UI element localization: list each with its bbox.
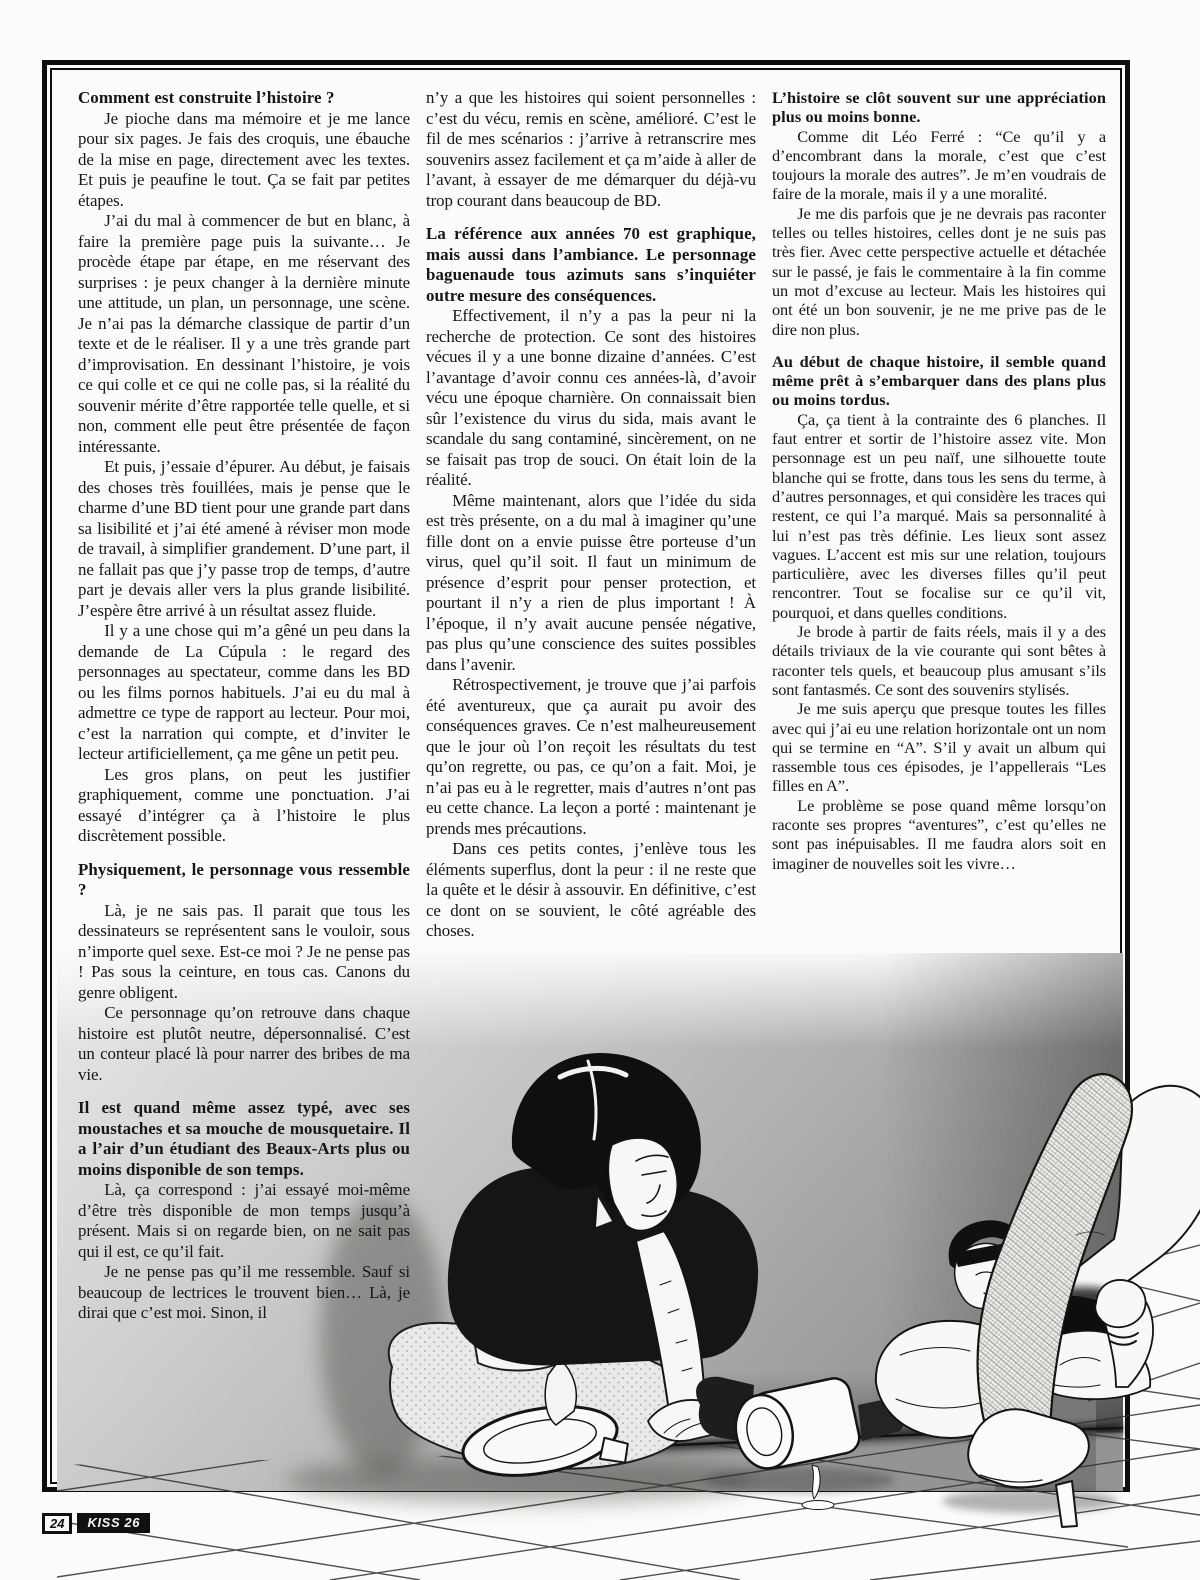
interview-paragraph: Et puis, j’essaie d’épurer. Au début, je… <box>78 457 410 621</box>
interview-question: L’histoire se clôt souvent sur une appré… <box>772 88 1106 127</box>
interview-question: Physiquement, le personnage vous ressemb… <box>78 860 410 901</box>
article-column-3: L’histoire se clôt souvent sur une appré… <box>772 88 1106 873</box>
article-column-2: n’y a que les histoires qui soient perso… <box>426 88 756 942</box>
footer: 24 KISS 26 <box>42 1513 150 1534</box>
interview-paragraph: Les gros plans, on peut les justifier gr… <box>78 765 410 847</box>
interview-question: Au début de chaque histoire, il semble q… <box>772 352 1106 410</box>
interview-question: Il est quand même assez typé, avec ses m… <box>78 1098 410 1180</box>
interview-paragraph: Dans ces petits contes, j’enlève tous le… <box>426 839 756 942</box>
interview-paragraph: Il y a une chose qui m’a gêné un peu dan… <box>78 621 410 765</box>
interview-paragraph: Je me suis aperçu que presque toutes les… <box>772 699 1106 795</box>
interview-paragraph: Je brode à partir de faits réels, mais i… <box>772 622 1106 699</box>
interview-paragraph: Rétrospectivement, je trouve que j’ai pa… <box>426 675 756 839</box>
interview-paragraph: n’y a que les histoires qui soient perso… <box>426 88 756 211</box>
interview-paragraph: Effectivement, il n’y a pas la peur ni l… <box>426 306 756 491</box>
interview-question: Comment est construite l’histoire ? <box>78 88 410 109</box>
interview-paragraph: Le problème se pose quand même lorsqu’on… <box>772 796 1106 873</box>
footer-magazine-badge: KISS 26 <box>77 1513 150 1533</box>
article-column-1: Comment est construite l’histoire ?Je pi… <box>78 88 410 1324</box>
interview-paragraph: Même maintenant, alors que l’idée du sid… <box>426 491 756 676</box>
interview-paragraph: Comme dit Léo Ferré : “Ce qu’il y a d’en… <box>772 127 1106 204</box>
interview-question: La référence aux années 70 est graphique… <box>426 224 756 306</box>
interview-paragraph: Ce personnage qu’on retrouve dans chaque… <box>78 1003 410 1085</box>
interview-paragraph: Là, ça correspond : j’ai essayé moi-même… <box>78 1180 410 1262</box>
interview-paragraph: Là, je ne sais pas. Il parait que tous l… <box>78 901 410 1004</box>
interview-paragraph: Je pioche dans ma mémoire et je me lance… <box>78 109 410 212</box>
interview-paragraph: J’ai du mal à commencer de but en blanc,… <box>78 211 410 457</box>
interview-paragraph: Je me dis parfois que je ne devrais pas … <box>772 204 1106 339</box>
footer-page-number: 24 <box>42 1513 72 1534</box>
interview-paragraph: Ça, ça tient à la contrainte des 6 planc… <box>772 410 1106 622</box>
interview-paragraph: Je ne pense pas qu’il me ressemble. Sauf… <box>78 1262 410 1324</box>
